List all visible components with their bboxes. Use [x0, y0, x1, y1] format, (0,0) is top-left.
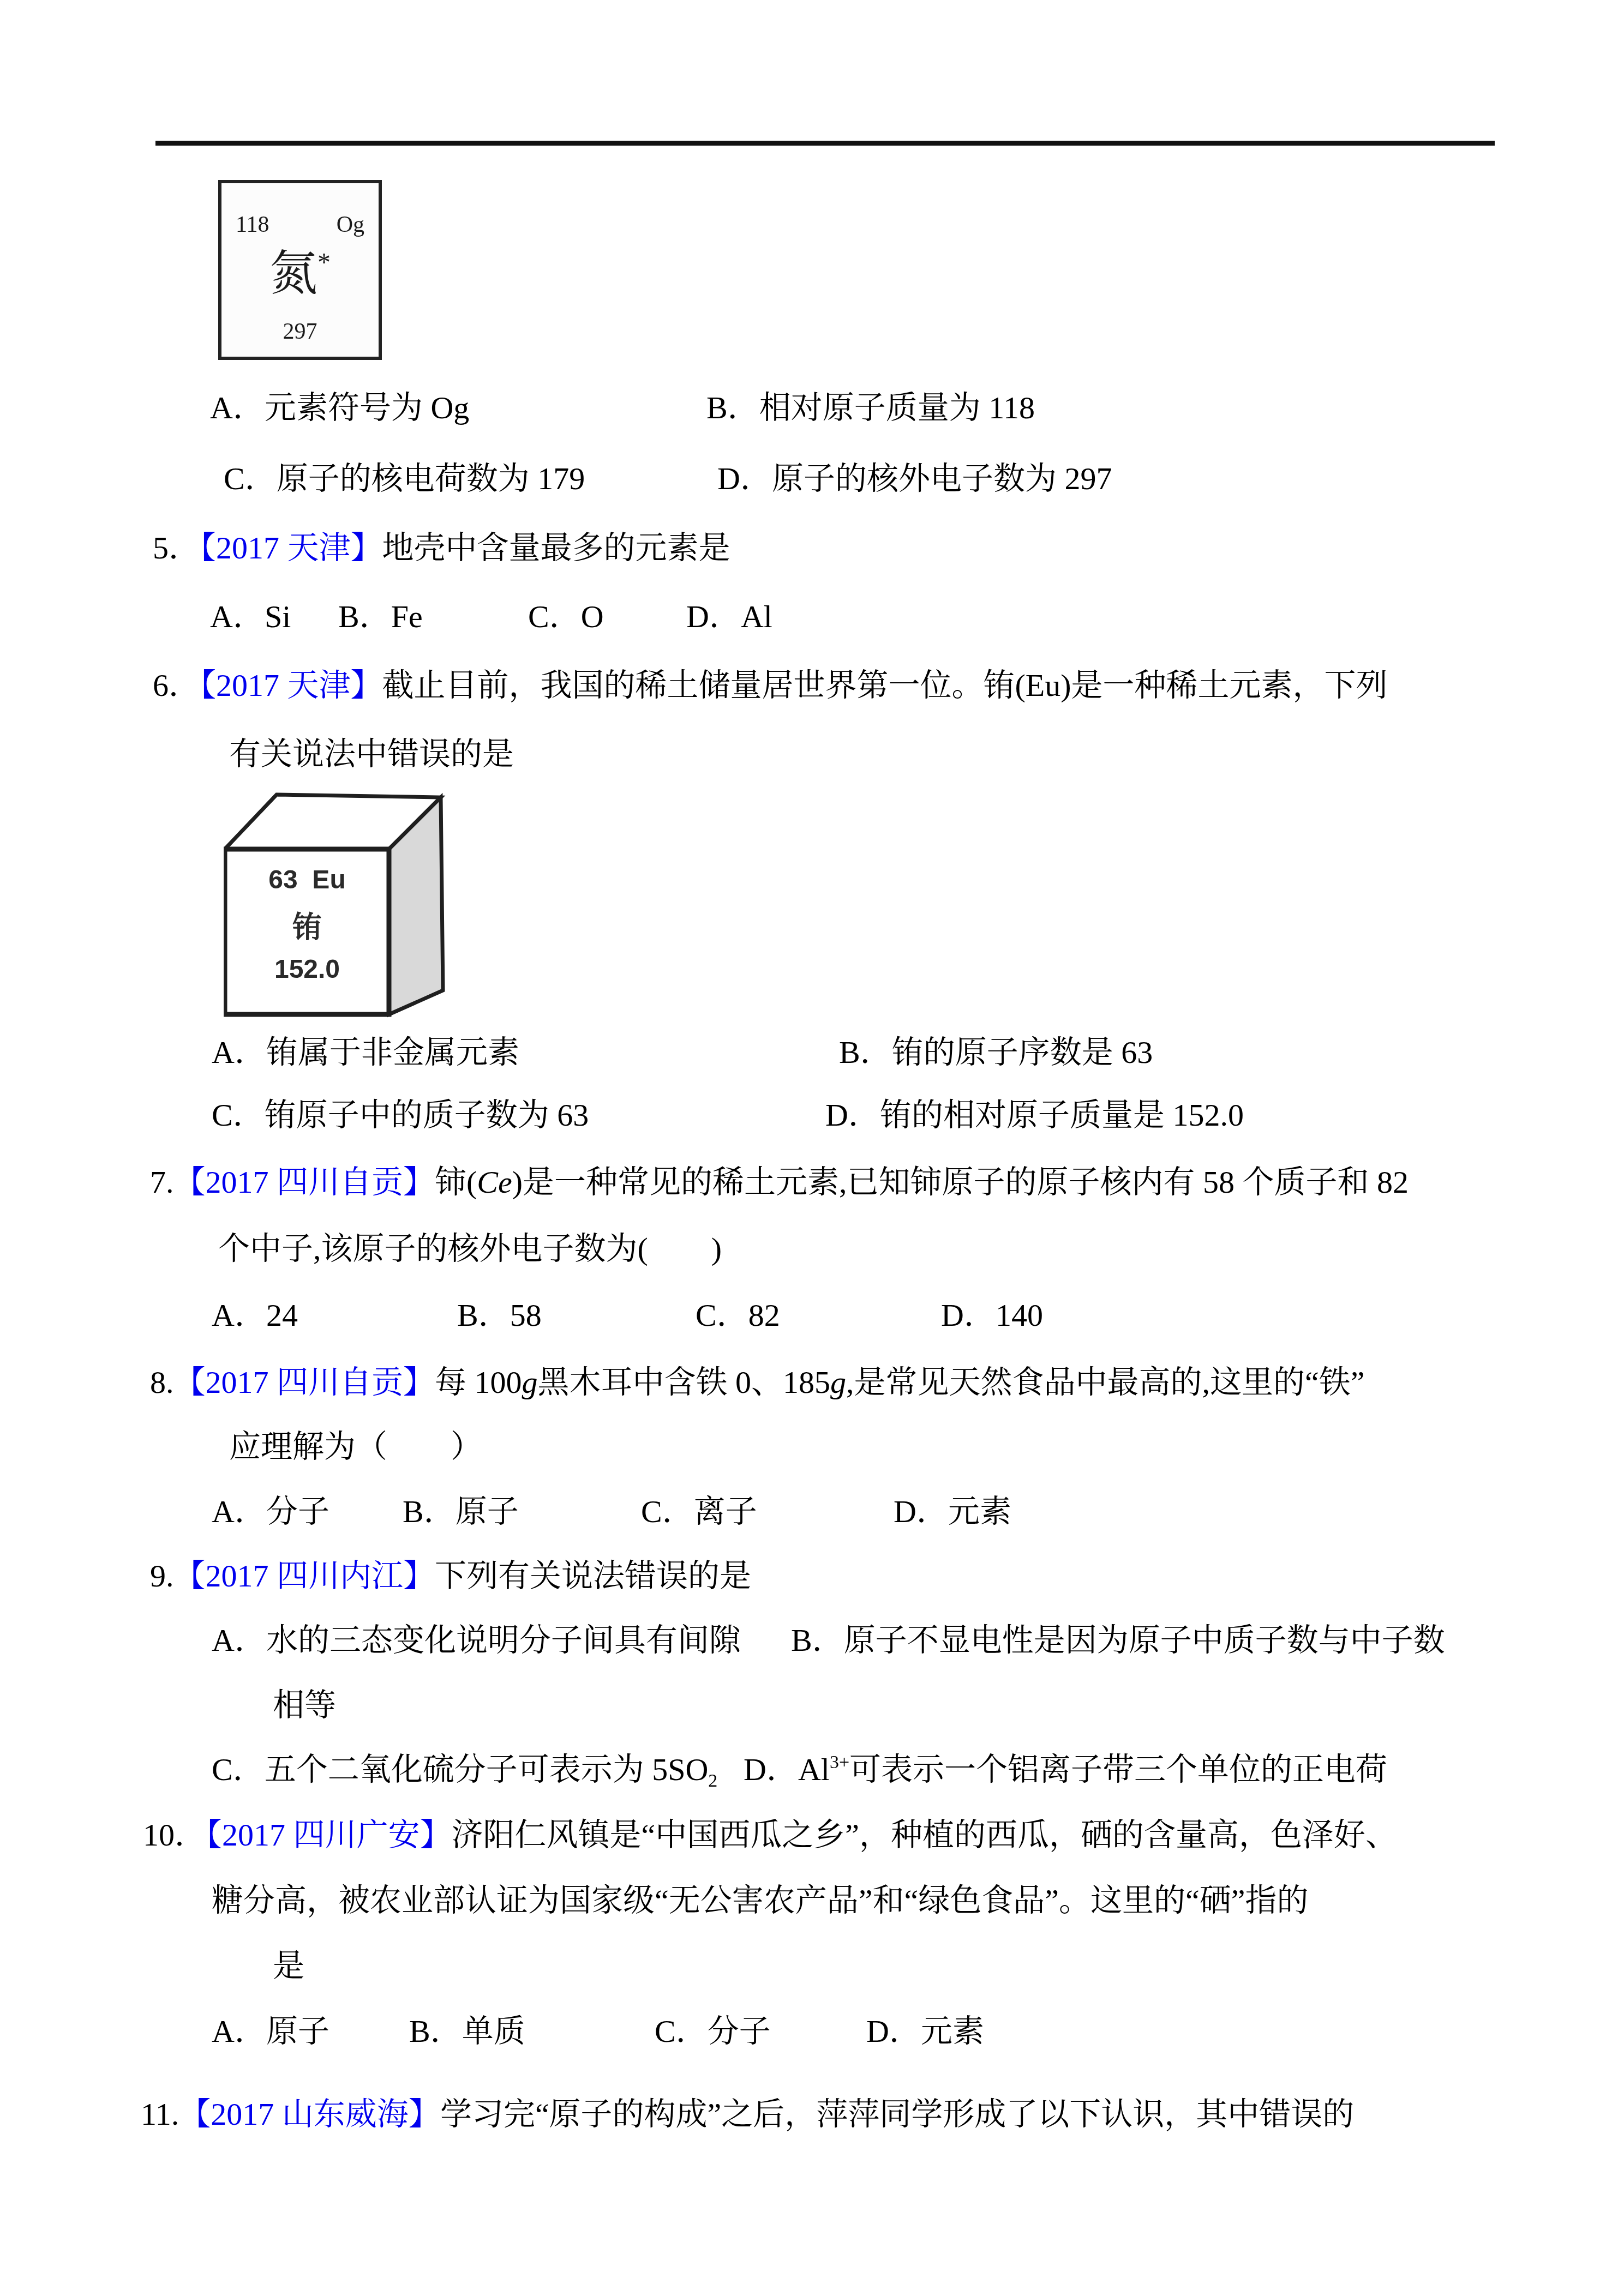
element-card-og-header: 118 Og: [221, 212, 379, 238]
q7-option-a: A．24: [212, 1296, 298, 1335]
q5-stem: 5．【2017 天津】地壳中含量最多的元素是: [153, 529, 730, 567]
q11-stem: 11.【2017 山东威海】学习完“原子的构成”之后，萍萍同学形成了以下认识，其…: [141, 2095, 1354, 2133]
q9-option-d: D．Al3+可表示一个铝离子带三个单位的正电荷: [744, 1751, 1387, 1789]
q8-stem-line1: 8.【2017 四川自贡】每 100g黑木耳中含铁 0、185g,是常见天然食品…: [150, 1363, 1365, 1402]
q11-text: 学习完“原子的构成”之后，萍萍同学形成了以下认识，其中错误的: [440, 2096, 1355, 2132]
q9-option-d-pre: D．Al: [744, 1752, 830, 1787]
element-cube-eu: 63 Eu 铕 152.0: [224, 790, 448, 1020]
q4-option-b: B．相对原子质量为 118: [706, 389, 1035, 427]
eu-mass: 152.0: [224, 957, 391, 983]
q6-text-line1: 截止目前，我国的稀土储量居世界第一位。铕(Eu)是一种稀土元素，下列: [382, 668, 1388, 703]
q5-number: 5．: [153, 530, 200, 566]
q8-gram-1: g: [522, 1365, 538, 1400]
q7-text-pre: 铈(: [435, 1164, 477, 1200]
q9-option-c: C．五个二氧化硫分子可表示为 5SO2: [212, 1751, 717, 1793]
q6-option-b: B．铕的原子序数是 63: [839, 1033, 1153, 1072]
q9-text: 下列有关说法错误的是: [435, 1558, 751, 1594]
q7-text-post: )是一种常见的稀土元素,已知铈原子的原子核内有 58 个质子和 82: [512, 1164, 1409, 1200]
q9-stem: 9.【2017 四川内江】下列有关说法错误的是: [150, 1557, 751, 1595]
element-card-og: 118 Og 氮* 297: [218, 180, 382, 360]
q7-stem-line2: 个中子,该原子的核外电子数为( ): [218, 1230, 722, 1268]
q6-source-tag: 【2017 天津】: [200, 668, 382, 703]
q9-source-tag: 【2017 四川内江】: [174, 1558, 435, 1594]
q8-seg1: 每 100: [435, 1365, 522, 1400]
q9-option-b-line1: B．原子不显电性是因为原子中质子数与中子数: [791, 1621, 1445, 1660]
q10-option-d: D．元素: [866, 2012, 984, 2051]
q5-option-b: B．Fe: [338, 598, 423, 636]
q10-option-c: C．分子: [655, 2012, 771, 2051]
q10-number: 10．: [143, 1817, 206, 1853]
q7-option-b: B．58: [457, 1296, 542, 1335]
q5-text: 地壳中含量最多的元素是: [382, 530, 730, 566]
q8-gram-2: g: [830, 1365, 846, 1400]
q7-stem-line1: 7.【2017 四川自贡】铈(Ce)是一种常见的稀土元素,已知铈原子的原子核内有…: [150, 1163, 1409, 1201]
q9-option-b-line2: 相等: [273, 1686, 336, 1724]
eu-cube-drawing: [224, 790, 448, 1020]
og-symbol: Og: [337, 212, 364, 238]
q4-option-c: C．原子的核电荷数为 179: [224, 460, 585, 498]
q6-option-a: A．铕属于非金属元素: [212, 1033, 519, 1072]
q10-source-tag: 【2017 四川广安】: [206, 1817, 452, 1853]
q8-option-a: A．分子: [212, 1493, 329, 1531]
q8-source-tag: 【2017 四川自贡】: [174, 1365, 435, 1400]
q9-number: 9.: [150, 1558, 174, 1594]
q8-seg3: 黑木耳中含铁 0、185: [538, 1365, 831, 1400]
q11-source-tag: 【2017 山东威海】: [179, 2096, 440, 2132]
q8-stem-line2: 应理解为（ ）: [229, 1428, 482, 1466]
q8-number: 8.: [150, 1365, 174, 1400]
q8-option-d: D．元素: [894, 1493, 1011, 1531]
q5-option-d: D．Al: [686, 598, 772, 636]
q5-option-a: A．Si: [210, 598, 291, 636]
q10-stem-line3: 是: [273, 1947, 304, 1985]
q6-number: 6．: [153, 668, 200, 703]
og-atomic-number: 118: [236, 212, 269, 238]
eu-name: 铕: [224, 913, 391, 942]
q9-option-d-post: 可表示一个铝离子带三个单位的正电荷: [849, 1752, 1387, 1787]
q8-seg5: ,是常见天然食品中最高的,这里的“铁”: [846, 1365, 1365, 1400]
q8-option-c: C．离子: [641, 1493, 757, 1531]
q10-text-line1: 济阳仁风镇是“中国西瓜之乡”，种植的西瓜，硒的含量高，色泽好、: [452, 1817, 1398, 1853]
q11-number: 11.: [141, 2096, 179, 2132]
q10-stem-line2: 糖分高，被农业部认证为国家级“无公害农产品”和“绿色食品”。这里的“硒”指的: [212, 1882, 1308, 1920]
q10-option-b: B．单质: [409, 2012, 525, 2051]
page-divider-line: [155, 141, 1495, 146]
q5-option-c: C．O: [528, 598, 604, 636]
q10-stem-line1: 10．【2017 四川广安】济阳仁风镇是“中国西瓜之乡”，种植的西瓜，硒的含量高…: [143, 1816, 1397, 1854]
og-star: *: [317, 248, 331, 277]
q6-option-c: C．铕原子中的质子数为 63: [212, 1096, 589, 1134]
q8-option-b: B．原子: [403, 1493, 519, 1531]
q7-source-tag: 【2017 四川自贡】: [174, 1164, 435, 1200]
q9-al-superscript: 3+: [830, 1752, 849, 1772]
q5-source-tag: 【2017 天津】: [200, 530, 382, 566]
q7-option-d: D．140: [941, 1296, 1043, 1335]
og-mass: 297: [221, 318, 379, 345]
q6-stem-line2: 有关说法中错误的是: [229, 735, 514, 773]
og-name-row: 氮*: [221, 250, 379, 298]
q7-symbol-ce: Ce: [477, 1164, 512, 1200]
q6-stem-line1: 6．【2017 天津】截止目前，我国的稀土储量居世界第一位。铕(Eu)是一种稀土…: [153, 666, 1388, 705]
q4-option-a: A．元素符号为 Og: [210, 389, 469, 427]
q9-so2-subscript: 2: [708, 1771, 717, 1791]
document-page: 118 Og 氮* 297 A．元素符号为 Og B．相对原子质量为 118 C…: [0, 0, 1624, 2296]
q9-option-a: A．水的三态变化说明分子间具有间隙: [212, 1621, 741, 1660]
og-name: 氮: [269, 248, 317, 300]
q7-option-c: C．82: [696, 1296, 780, 1335]
q7-number: 7.: [150, 1164, 174, 1200]
q4-option-d: D．原子的核外电子数为 297: [717, 460, 1112, 498]
q6-option-d: D．铕的相对原子质量是 152.0: [825, 1096, 1244, 1134]
q9-option-c-text: C．五个二氧化硫分子可表示为 5SO: [212, 1752, 708, 1787]
q10-option-a: A．原子: [212, 2012, 329, 2051]
eu-number-symbol: 63 Eu: [224, 867, 391, 893]
